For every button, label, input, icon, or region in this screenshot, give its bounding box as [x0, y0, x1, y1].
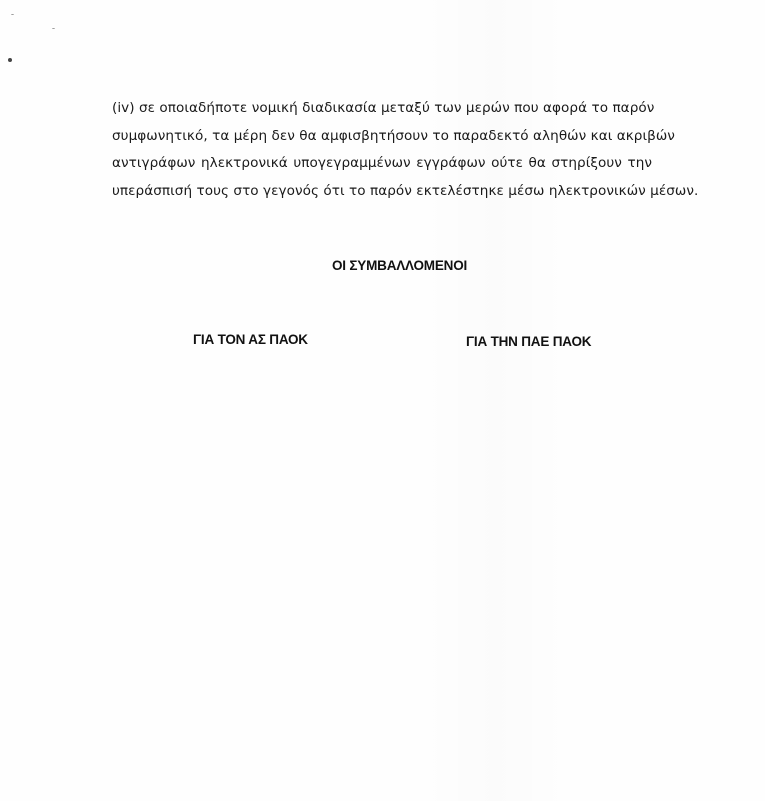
paragraph-line: αντιγράφων ηλεκτρονικά υπογεγραμμένων εγ…: [112, 150, 652, 178]
scan-dot: [8, 58, 12, 62]
document-page: (iv) σε οποιαδήποτε νομική διαδικασία με…: [0, 0, 765, 801]
paragraph-line: (iv) σε οποιαδήποτε νομική διαδικασία με…: [112, 95, 652, 123]
parties-heading: ΟΙ ΣΥΜΒΑΛΛΟΜΕΝΟΙ: [332, 258, 467, 273]
scan-speck: [11, 14, 14, 15]
signatory-right-label: ΓΙΑ ΤΗΝ ΠΑΕ ΠΑΟΚ: [466, 334, 591, 349]
paragraph-line: συμφωνητικό, τα μέρη δεν θα αμφισβητήσου…: [112, 123, 652, 151]
clause-iv-paragraph: (iv) σε οποιαδήποτε νομική διαδικασία με…: [112, 95, 652, 205]
scan-speck: [52, 28, 55, 29]
signatory-left-label: ΓΙΑ ΤΟΝ ΑΣ ΠΑΟΚ: [193, 332, 308, 347]
paragraph-line: υπεράσπισή τους στο γεγονός ότι το παρόν…: [112, 178, 652, 206]
